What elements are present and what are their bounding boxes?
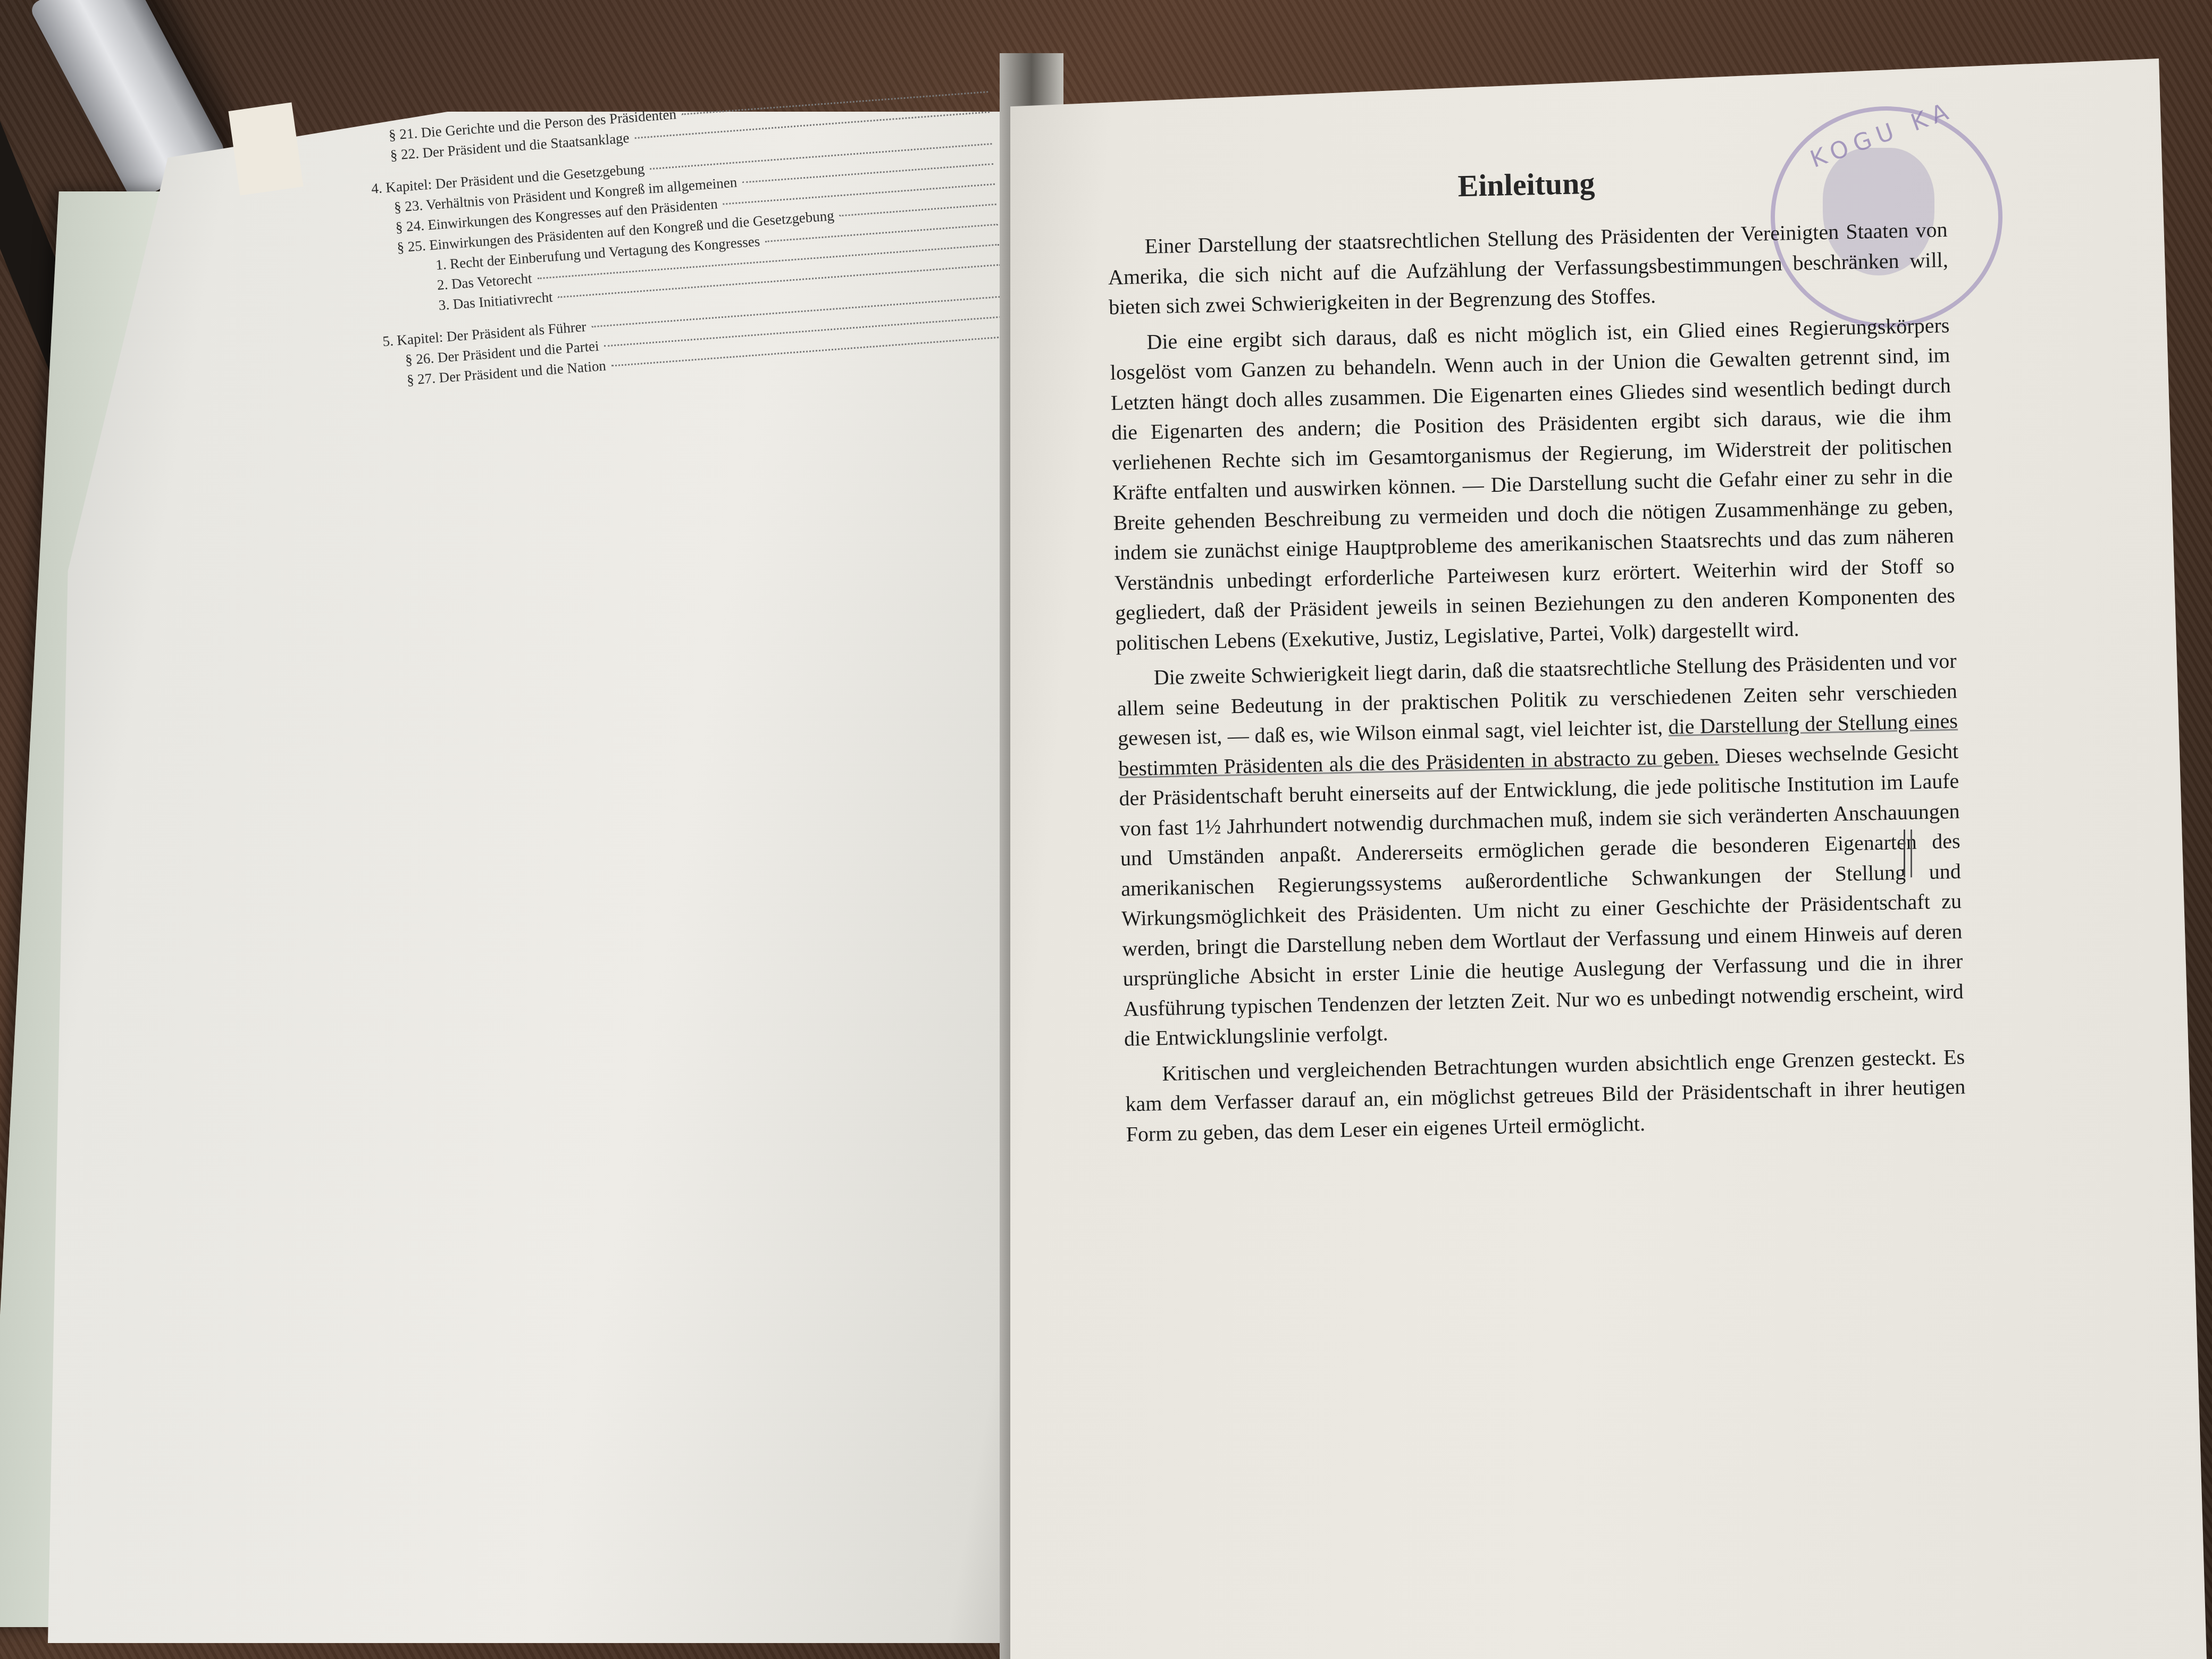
margin-pencil-mark <box>1904 829 1912 877</box>
table-of-contents: § 21. Die Gerichte und die Person des Pr… <box>367 79 1049 392</box>
paragraph-3-end: Dieses wechselnde Gesicht der Präsidents… <box>1119 739 1964 1050</box>
paragraph-1: Einer Darstellung der staatsrechtlichen … <box>1107 215 1949 323</box>
paragraph-3: Die zweite Schwierigkeit liegt darin, da… <box>1116 646 1964 1054</box>
introduction-text: Einleitung Einer Darstellung der staatsr… <box>1106 158 1966 1155</box>
paragraph-2: Die eine ergibt sich daraus, daß es nich… <box>1109 310 1956 658</box>
page-stack <box>228 102 303 195</box>
paragraph-4: Kritischen und vergleichenden Betrachtun… <box>1125 1042 1966 1150</box>
toc-dot-leader <box>839 204 996 217</box>
